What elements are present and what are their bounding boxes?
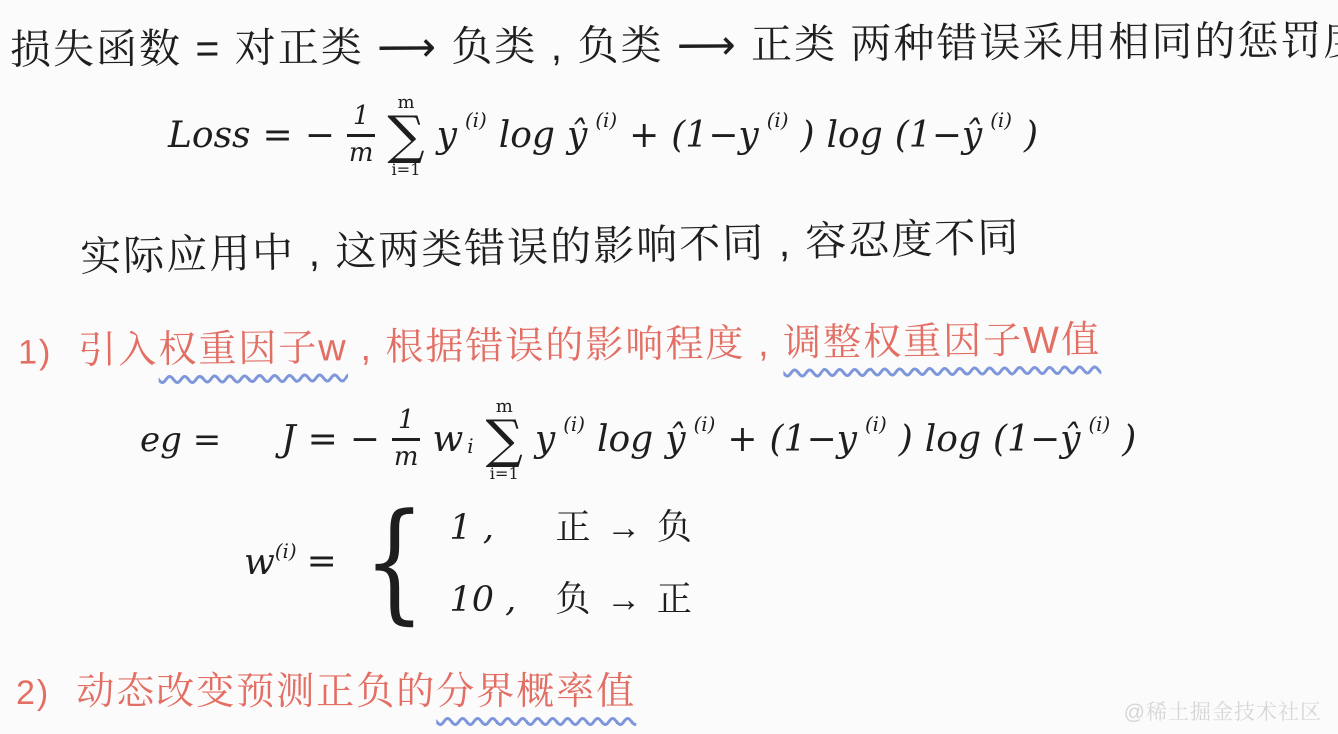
text-segment: 动态改变预测正负的	[76, 671, 436, 713]
weight-variable-superscript: (i)	[275, 540, 297, 563]
text-segment: 权重因子w	[158, 327, 348, 371]
fraction-numerator: 1	[347, 104, 375, 134]
point-2: 2) 动态改变预测正负的分界概率值	[16, 660, 636, 715]
formula-token: −	[305, 118, 335, 154]
case-condition: 负 → 正	[555, 572, 694, 622]
sigma-symbol: ∑	[486, 416, 523, 466]
curly-brace: {	[363, 503, 425, 620]
summation: m∑i=1	[486, 398, 523, 482]
watermark: @稀土掘金技术社区	[1124, 696, 1322, 726]
eg-label: eg =	[140, 420, 221, 460]
case-row: 10 ,负 → 正	[449, 572, 694, 622]
formula-token: log	[925, 422, 981, 458]
formula-token: w	[432, 422, 463, 458]
summation: m∑i=1	[387, 94, 424, 178]
point-2-marker: 2)	[16, 674, 50, 713]
point-2-text: 动态改变预测正负的分界概率值	[76, 660, 636, 715]
text-segment: 引入	[78, 329, 158, 372]
formula-token: y	[535, 422, 555, 458]
case-condition: 正 → 负	[555, 500, 694, 550]
superscript: (i)	[465, 110, 487, 133]
text-segment: 调整权重因子W值	[783, 319, 1101, 364]
fraction: 1m	[347, 104, 375, 167]
formula-token: (1−ŷ	[895, 118, 982, 154]
eg-formula: eg = J=−1mwim∑i=1y(i)logŷ(i)+(1−y(i))log…	[140, 398, 1136, 482]
fraction-denominator: m	[349, 137, 374, 167]
eg-formula-body: J=−1mwim∑i=1y(i)logŷ(i)+(1−y(i))log(1−ŷ(…	[281, 398, 1136, 482]
case-value: 1 ,	[449, 508, 525, 548]
formula-token: +	[727, 422, 757, 458]
superscript: (i)	[595, 110, 617, 133]
loss-formula: Loss=−1mm∑i=1y(i)logŷ(i)+(1−y(i))log(1−ŷ…	[168, 94, 1038, 178]
point-1-text: 引入权重因子w , 根据错误的影响程度 , 调整权重因子W值	[78, 308, 1101, 374]
piecewise-cases: 1 ,正 → 负10 ,负 → 正	[449, 500, 694, 622]
superscript: (i)	[1088, 414, 1110, 437]
subscript: i	[467, 435, 473, 458]
superscript: (i)	[990, 110, 1012, 133]
superscript: (i)	[865, 414, 887, 437]
superscript: (i)	[563, 414, 585, 437]
case-value: 10 ,	[449, 580, 525, 620]
fraction-denominator: m	[394, 441, 419, 471]
note-line: 实际应用中 , 这两类错误的影响不同 , 容忍度不同	[79, 204, 1020, 283]
formula-token: )	[800, 118, 814, 154]
piecewise-equals: =	[307, 541, 337, 582]
formula-token: log	[597, 422, 653, 458]
fraction-numerator: 1	[392, 408, 420, 438]
formula-token: )	[1122, 422, 1136, 458]
title-line: 损失函数 = 对正类 ⟶ 负类 , 负类 ⟶ 正类 两种错误采用相同的惩罚度	[10, 7, 1338, 75]
formula-token: log	[827, 118, 883, 154]
formula-token: =	[263, 118, 293, 154]
formula-token: ŷ	[665, 422, 685, 458]
weight-variable-base: w	[244, 541, 275, 582]
point-1: 1) 引入权重因子w , 根据错误的影响程度 , 调整权重因子W值	[18, 308, 1101, 374]
formula-token: (1−y	[770, 422, 857, 458]
superscript: (i)	[767, 110, 789, 133]
formula-token: J	[281, 422, 295, 458]
formula-token: ŷ	[567, 118, 587, 154]
case-row: 1 ,正 → 负	[449, 500, 694, 550]
summation-lower-limit: i=1	[490, 466, 519, 482]
formula-token: )	[1024, 118, 1038, 154]
summation-lower-limit: i=1	[391, 162, 420, 178]
superscript: (i)	[694, 414, 716, 437]
weight-variable: w(i)	[244, 540, 297, 583]
text-segment: 分界概率值	[436, 671, 636, 713]
text-segment: , 根据错误的影响程度 ,	[348, 323, 784, 370]
piecewise-definition: w(i) = { 1 ,正 → 负10 ,负 → 正	[244, 500, 695, 622]
point-1-marker: 1)	[18, 333, 53, 372]
formula-token: (1−y	[671, 118, 758, 154]
formula-token: =	[308, 422, 338, 458]
formula-token: Loss	[168, 118, 251, 154]
formula-token: log	[499, 118, 555, 154]
sigma-symbol: ∑	[387, 112, 424, 162]
formula-token: )	[899, 422, 913, 458]
formula-token: y	[437, 118, 457, 154]
formula-token: (1−ŷ	[993, 422, 1080, 458]
fraction: 1m	[392, 408, 420, 471]
formula-token: +	[629, 118, 659, 154]
formula-token: −	[350, 422, 380, 458]
